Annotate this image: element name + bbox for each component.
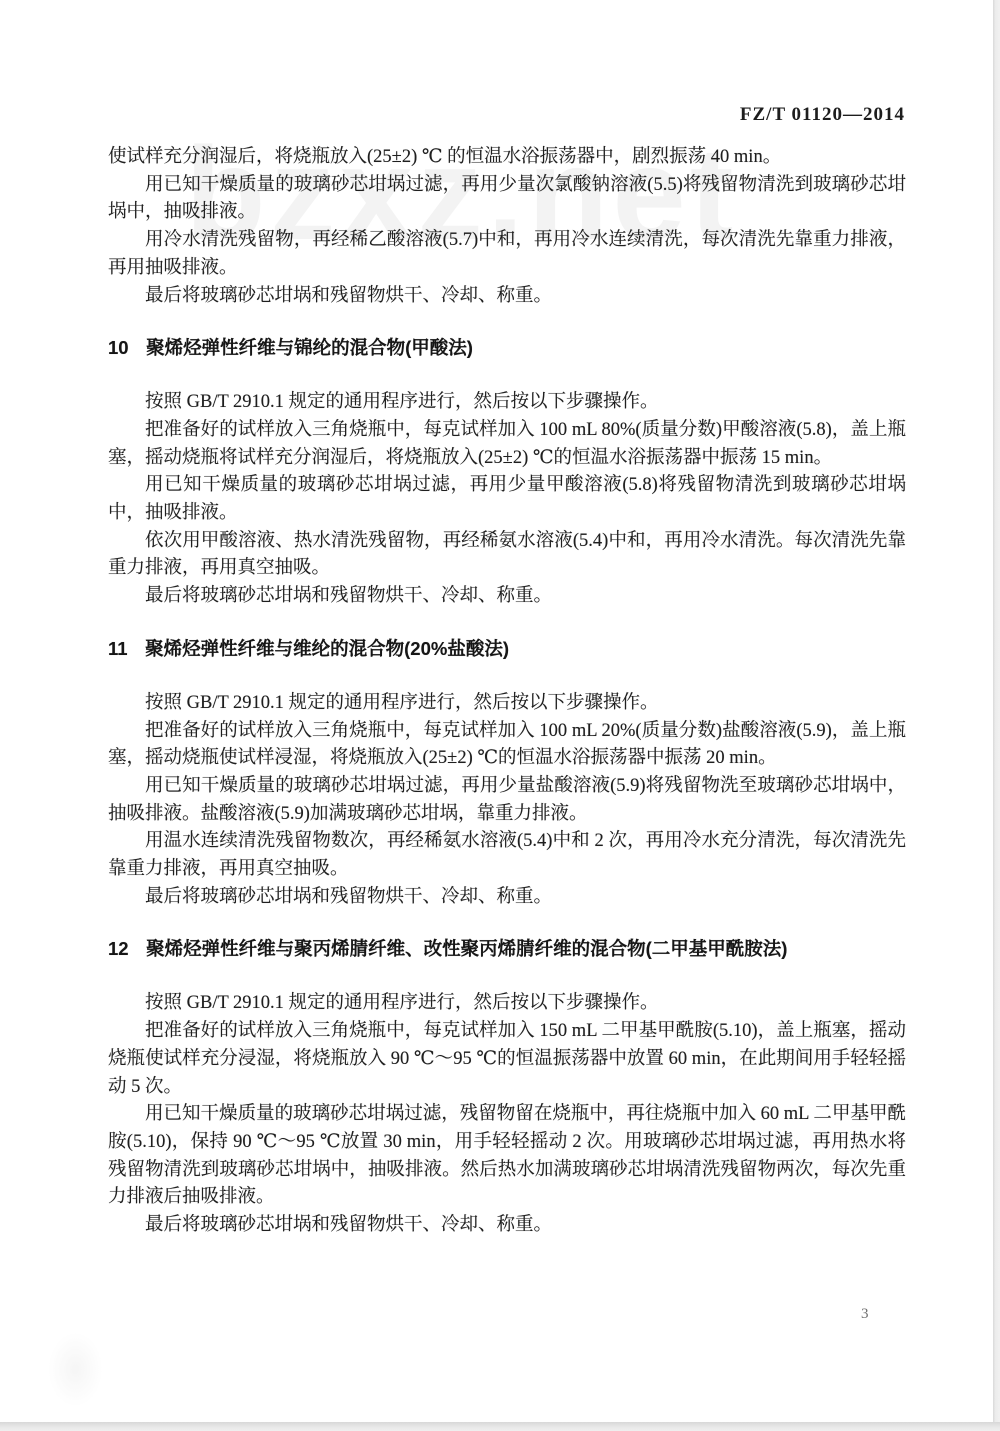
section-heading-12: 12聚烯烃弹性纤维与聚丙烯腈纤维、改性聚丙烯腈纤维的混合物(二甲基甲酰胺法) — [108, 935, 906, 963]
body-paragraph: 最后将玻璃砂芯坩埚和残留物烘干、冷却、称重。 — [108, 583, 906, 611]
body-paragraph: 最后将玻璃砂芯坩埚和残留物烘干、冷却、称重。 — [108, 1212, 906, 1240]
body-paragraph: 最后将玻璃砂芯坩埚和残留物烘干、冷却、称重。 — [108, 283, 906, 311]
scan-page-edge-bottom — [0, 1422, 1000, 1431]
body-paragraph: 用已知干燥质量的玻璃砂芯坩埚过滤，再用少量甲酸溶液(5.8)将残留物清洗到玻璃砂… — [108, 472, 906, 527]
scan-smudge — [48, 1332, 103, 1407]
section-number: 12 — [108, 938, 129, 959]
body-paragraph: 用温水连续清洗残留物数次，再经稀氨水溶液(5.4)中和 2 次，再用冷水充分清洗… — [108, 828, 906, 883]
body-paragraph: 把准备好的试样放入三角烧瓶中，每克试样加入 100 mL 80%(质量分数)甲酸… — [108, 417, 906, 472]
scan-page-edge-right — [993, 0, 1000, 1431]
section-number: 10 — [108, 337, 129, 358]
section-title: 聚烯烃弹性纤维与聚丙烯腈纤维、改性聚丙烯腈纤维的混合物(二甲基甲酰胺法) — [146, 938, 787, 959]
body-paragraph: 使试样充分润湿后，将烧瓶放入(25±2) ℃ 的恒温水浴振荡器中，剧烈振荡 40… — [108, 144, 906, 172]
section-title: 聚烯烃弹性纤维与锦纶的混合物(甲酸法) — [146, 337, 473, 358]
section-heading-11: 11聚烯烃弹性纤维与维纶的混合物(20%盐酸法) — [108, 635, 906, 663]
body-paragraph: 用冷水清洗残留物，再经稀乙酸溶液(5.7)中和，再用冷水连续清洗，每次清洗先靠重… — [108, 227, 906, 282]
body-paragraph: 最后将玻璃砂芯坩埚和残留物烘干、冷却、称重。 — [108, 884, 906, 912]
page-number: 3 — [861, 1306, 869, 1323]
body-paragraph: 按照 GB/T 2910.1 规定的通用程序进行，然后按以下步骤操作。 — [108, 389, 906, 417]
body-paragraph: 用已知干燥质量的玻璃砂芯坩埚过滤，残留物留在烧瓶中，再往烧瓶中加入 60 mL … — [108, 1101, 906, 1212]
standard-code-header: FZ/T 01120—2014 — [740, 104, 905, 126]
document-body: 使试样充分润湿后，将烧瓶放入(25±2) ℃ 的恒温水浴振荡器中，剧烈振荡 40… — [108, 144, 906, 1240]
body-paragraph: 按照 GB/T 2910.1 规定的通用程序进行，然后按以下步骤操作。 — [108, 990, 906, 1018]
body-paragraph: 依次用甲酸溶液、热水清洗残留物，再经稀氨水溶液(5.4)中和，再用冷水清洗。每次… — [108, 528, 906, 583]
section-heading-10: 10聚烯烃弹性纤维与锦纶的混合物(甲酸法) — [108, 334, 906, 362]
section-number: 11 — [108, 638, 128, 659]
body-paragraph: 把准备好的试样放入三角烧瓶中，每克试样加入 100 mL 20%(质量分数)盐酸… — [108, 718, 906, 773]
body-paragraph: 把准备好的试样放入三角烧瓶中，每克试样加入 150 mL 二甲基甲酰胺(5.10… — [108, 1018, 906, 1101]
section-title: 聚烯烃弹性纤维与维纶的混合物(20%盐酸法) — [145, 638, 509, 659]
body-paragraph: 用已知干燥质量的玻璃砂芯坩埚过滤，再用少量次氯酸钠溶液(5.5)将残留物清洗到玻… — [108, 172, 906, 227]
body-paragraph: 用已知干燥质量的玻璃砂芯坩埚过滤，再用少量盐酸溶液(5.9)将残留物洗至玻璃砂芯… — [108, 773, 906, 828]
body-paragraph: 按照 GB/T 2910.1 规定的通用程序进行，然后按以下步骤操作。 — [108, 690, 906, 718]
